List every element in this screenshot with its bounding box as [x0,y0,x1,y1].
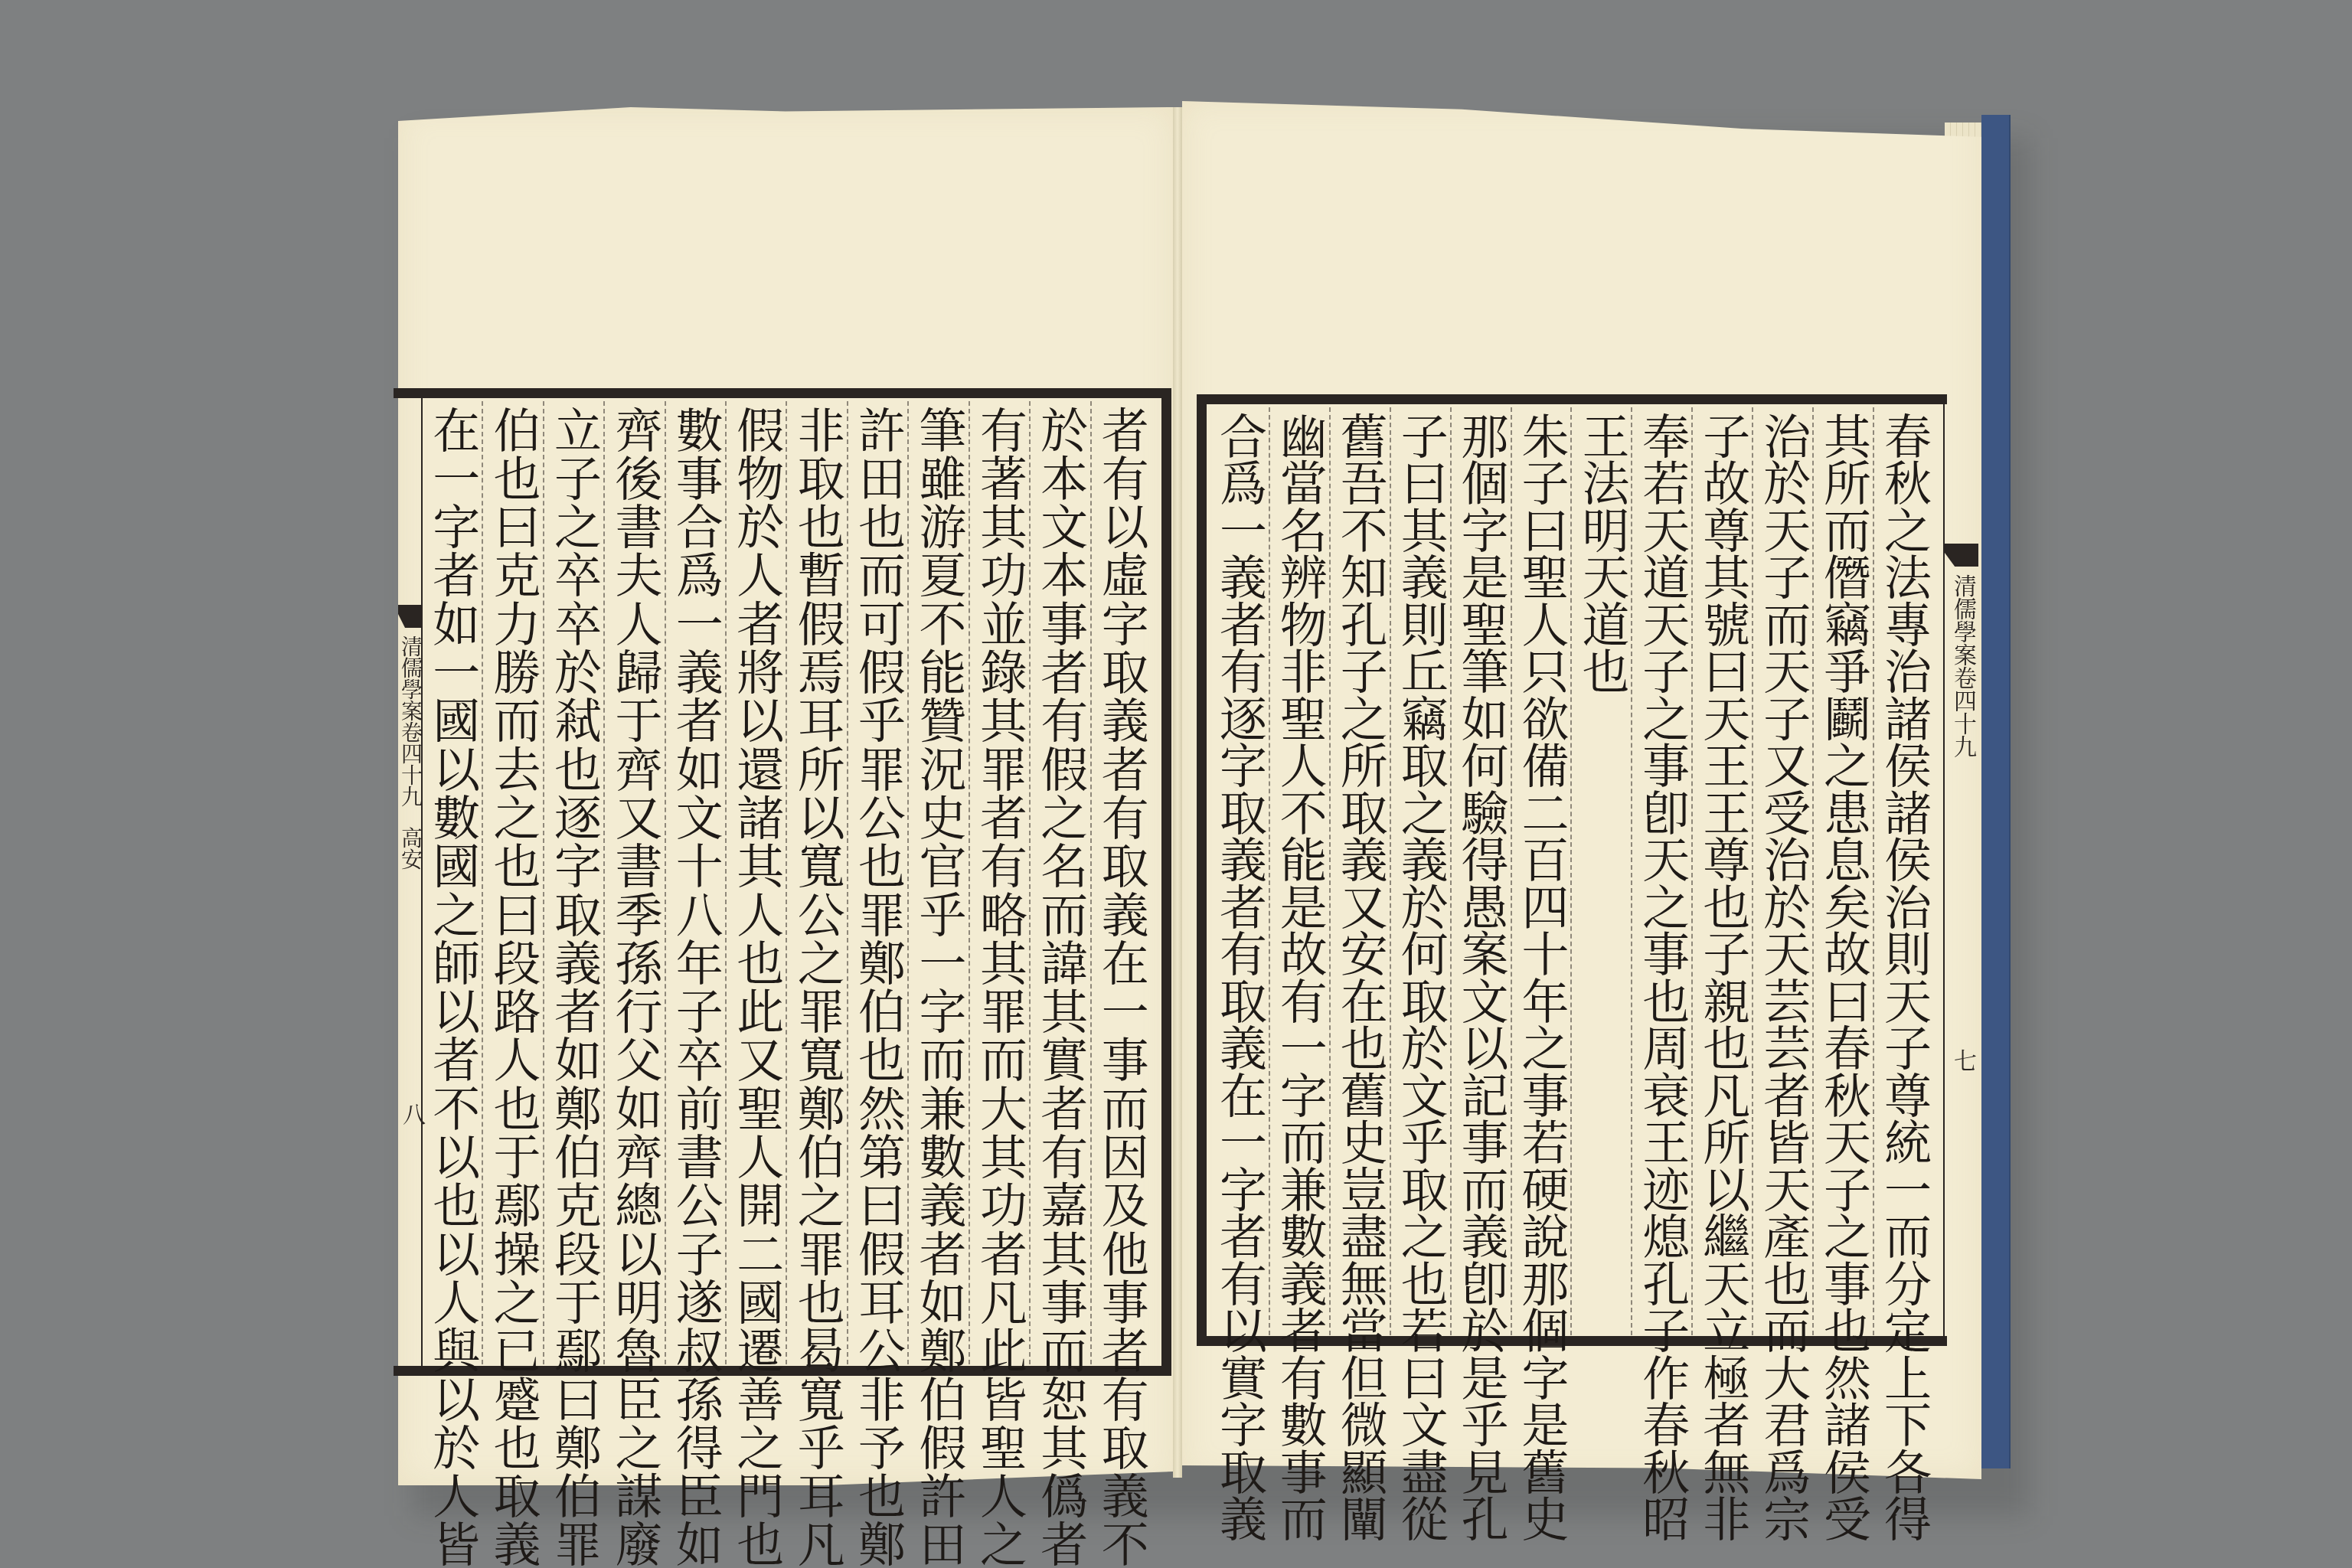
text-column: 假物於人者將以還諸其人也此又聖人開二國遷善之門也 [725,401,786,1364]
column-text: 那個字是聖筆如何驗得愚案文以記事而義卽於是乎見孔 [1457,412,1504,1335]
text-column: 王法明天道也 [1570,407,1631,1335]
text-column: 伯也曰克力勝而去之也曰段路人也于鄢操之已蹙也取義 [482,401,542,1364]
text-column: 那個字是聖筆如何驗得愚案文以記事而義卽於是乎見孔 [1450,407,1511,1335]
column-text: 非取也暫假焉耳所以寬公之罪寬鄭伯之罪也曷寬乎耳凡 [793,406,841,1364]
column-text: 合爲一義者有逐字取義者有取義在一字者有以實字取義 [1215,412,1263,1335]
left-page-text-columns: 者有以虛字取義者有取義在一事而因及他事者有取義不 於本文本事者有假之名而諱其實者… [423,401,1151,1364]
text-column: 者有以虛字取義者有取義在一事而因及他事者有取義不 [1090,401,1151,1364]
column-text: 者有以虛字取義者有取義在一事而因及他事者有取義不 [1097,406,1145,1364]
column-text: 舊吾不知孔子之所取義又安在也舊史豈盡無當但微顯闡 [1336,412,1383,1335]
column-text: 於本文本事者有假之名而諱其實者有嘉其事而恕其僞者 [1037,406,1084,1364]
column-text: 數事合爲一義者如文十八年子卒前書公子遂叔孫得臣如 [671,406,719,1364]
text-column: 筆雖游夏不能贊況史官乎一字而兼數義者如鄭伯假許田 [907,401,968,1364]
column-text: 子曰其義則丘竊取之義於何取於文乎取之也若曰文盡從 [1396,412,1444,1335]
column-text: 朱子曰聖人只欲備二百四十年之事若硬說那個字是舊史 [1517,412,1565,1335]
page-number: 七 [1951,1049,1974,1072]
column-text: 奉若天道天子之事卽天之事也周衰王迹熄孔子作春秋昭 [1638,412,1686,1335]
column-text: 其所而僭竊爭鬬之患息矣故曰春秋天子之事也然諸侯受 [1820,412,1867,1335]
text-column: 治於天子而天子又受治於天芸芸者皆天產也而大君爲宗 [1752,407,1812,1335]
text-column: 奉若天道天子之事卽天之事也周衰王迹熄孔子作春秋昭 [1631,407,1691,1335]
column-text: 許田也而可假乎罪公也罪鄭伯也然第曰假耳公非予也鄭 [854,406,902,1364]
column-text: 伯也曰克力勝而去之也曰段路人也于鄢操之已蹙也取義 [489,406,537,1364]
book-cover-edge [1981,115,2011,1468]
text-column: 非取也暫假焉耳所以寬公之罪寬鄭伯之罪也曷寬乎耳凡 [786,401,846,1364]
banxin-border [421,398,423,1366]
column-text: 王法明天道也 [1578,412,1625,1335]
column-text: 在一字者如一國以數國之師以者不以也以人與以於人皆 [429,406,476,1364]
text-column: 許田也而可假乎罪公也罪鄭伯也然第曰假耳公非予也鄭 [847,401,907,1364]
column-text: 子故尊其號曰天王王尊也子親也凡所以繼天立極者無非 [1699,412,1746,1335]
column-text: 有著其功並錄其罪者有略其罪而大其功者凡此皆聖人之 [975,406,1023,1364]
text-column: 春秋之法專治諸侯諸侯治則天子尊統一而分定上下各得 [1873,407,1933,1335]
text-column: 子曰其義則丘竊取之義於何取於文乎取之也若曰文盡從 [1390,407,1450,1335]
banxin-subtitle: 高安 [400,827,421,870]
book-gutter [1173,107,1182,1478]
column-text: 立子之卒卒於弒也逐字取義者如鄭伯克段于鄢曰鄭伯罪 [550,406,597,1364]
banxin-title: 清儒學案卷四十九 [1951,574,1974,758]
text-column: 舊吾不知孔子之所取義又安在也舊史豈盡無當但微顯闡 [1329,407,1390,1335]
banxin-title: 清儒學案卷四十九 [400,635,421,807]
page-number: 八 [400,1102,423,1125]
text-column: 齊後書夫人歸于齊又書季孫行父如齊總以明魯臣之謀廢 [603,401,664,1364]
text-column: 數事合爲一義者如文十八年子卒前書公子遂叔孫得臣如 [665,401,725,1364]
column-text: 幽當名辨物非聖人不能是故有一字而兼數義者有數事而 [1276,412,1323,1335]
text-column: 朱子曰聖人只欲備二百四十年之事若硬說那個字是舊史 [1511,407,1571,1335]
banxin-border [1943,394,1945,1346]
text-column: 其所而僭竊爭鬬之患息矣故曰春秋天子之事也然諸侯受 [1812,407,1873,1335]
text-column: 在一字者如一國以數國之師以者不以也以人與以於人皆 [423,401,482,1364]
text-column: 合爲一義者有逐字取義者有取義在一字者有以實字取義 [1210,407,1269,1335]
right-page-text-columns: 春秋之法專治諸侯諸侯治則天子尊統一而分定上下各得 其所而僭竊爭鬬之患息矣故曰春秋… [1210,407,1933,1335]
column-text: 治於天子而天子又受治於天芸芸者皆天產也而大君爲宗 [1759,412,1807,1335]
text-column: 立子之卒卒於弒也逐字取義者如鄭伯克段于鄢曰鄭伯罪 [543,401,603,1364]
column-text: 筆雖游夏不能贊況史官乎一字而兼數義者如鄭伯假許田 [915,406,962,1364]
column-text: 齊後書夫人歸于齊又書季孫行父如齊總以明魯臣之謀廢 [611,406,658,1364]
text-column: 有著其功並錄其罪者有略其罪而大其功者凡此皆聖人之 [969,401,1029,1364]
column-text: 春秋之法專治諸侯諸侯治則天子尊統一而分定上下各得 [1880,412,1928,1335]
text-column: 於本文本事者有假之名而諱其實者有嘉其事而恕其僞者 [1029,401,1089,1364]
column-text: 假物於人者將以還諸其人也此又聖人開二國遷善之門也 [733,406,780,1364]
text-column: 幽當名辨物非聖人不能是故有一字而兼數義者有數事而 [1269,407,1329,1335]
text-column: 子故尊其號曰天王王尊也子親也凡所以繼天立極者無非 [1691,407,1752,1335]
